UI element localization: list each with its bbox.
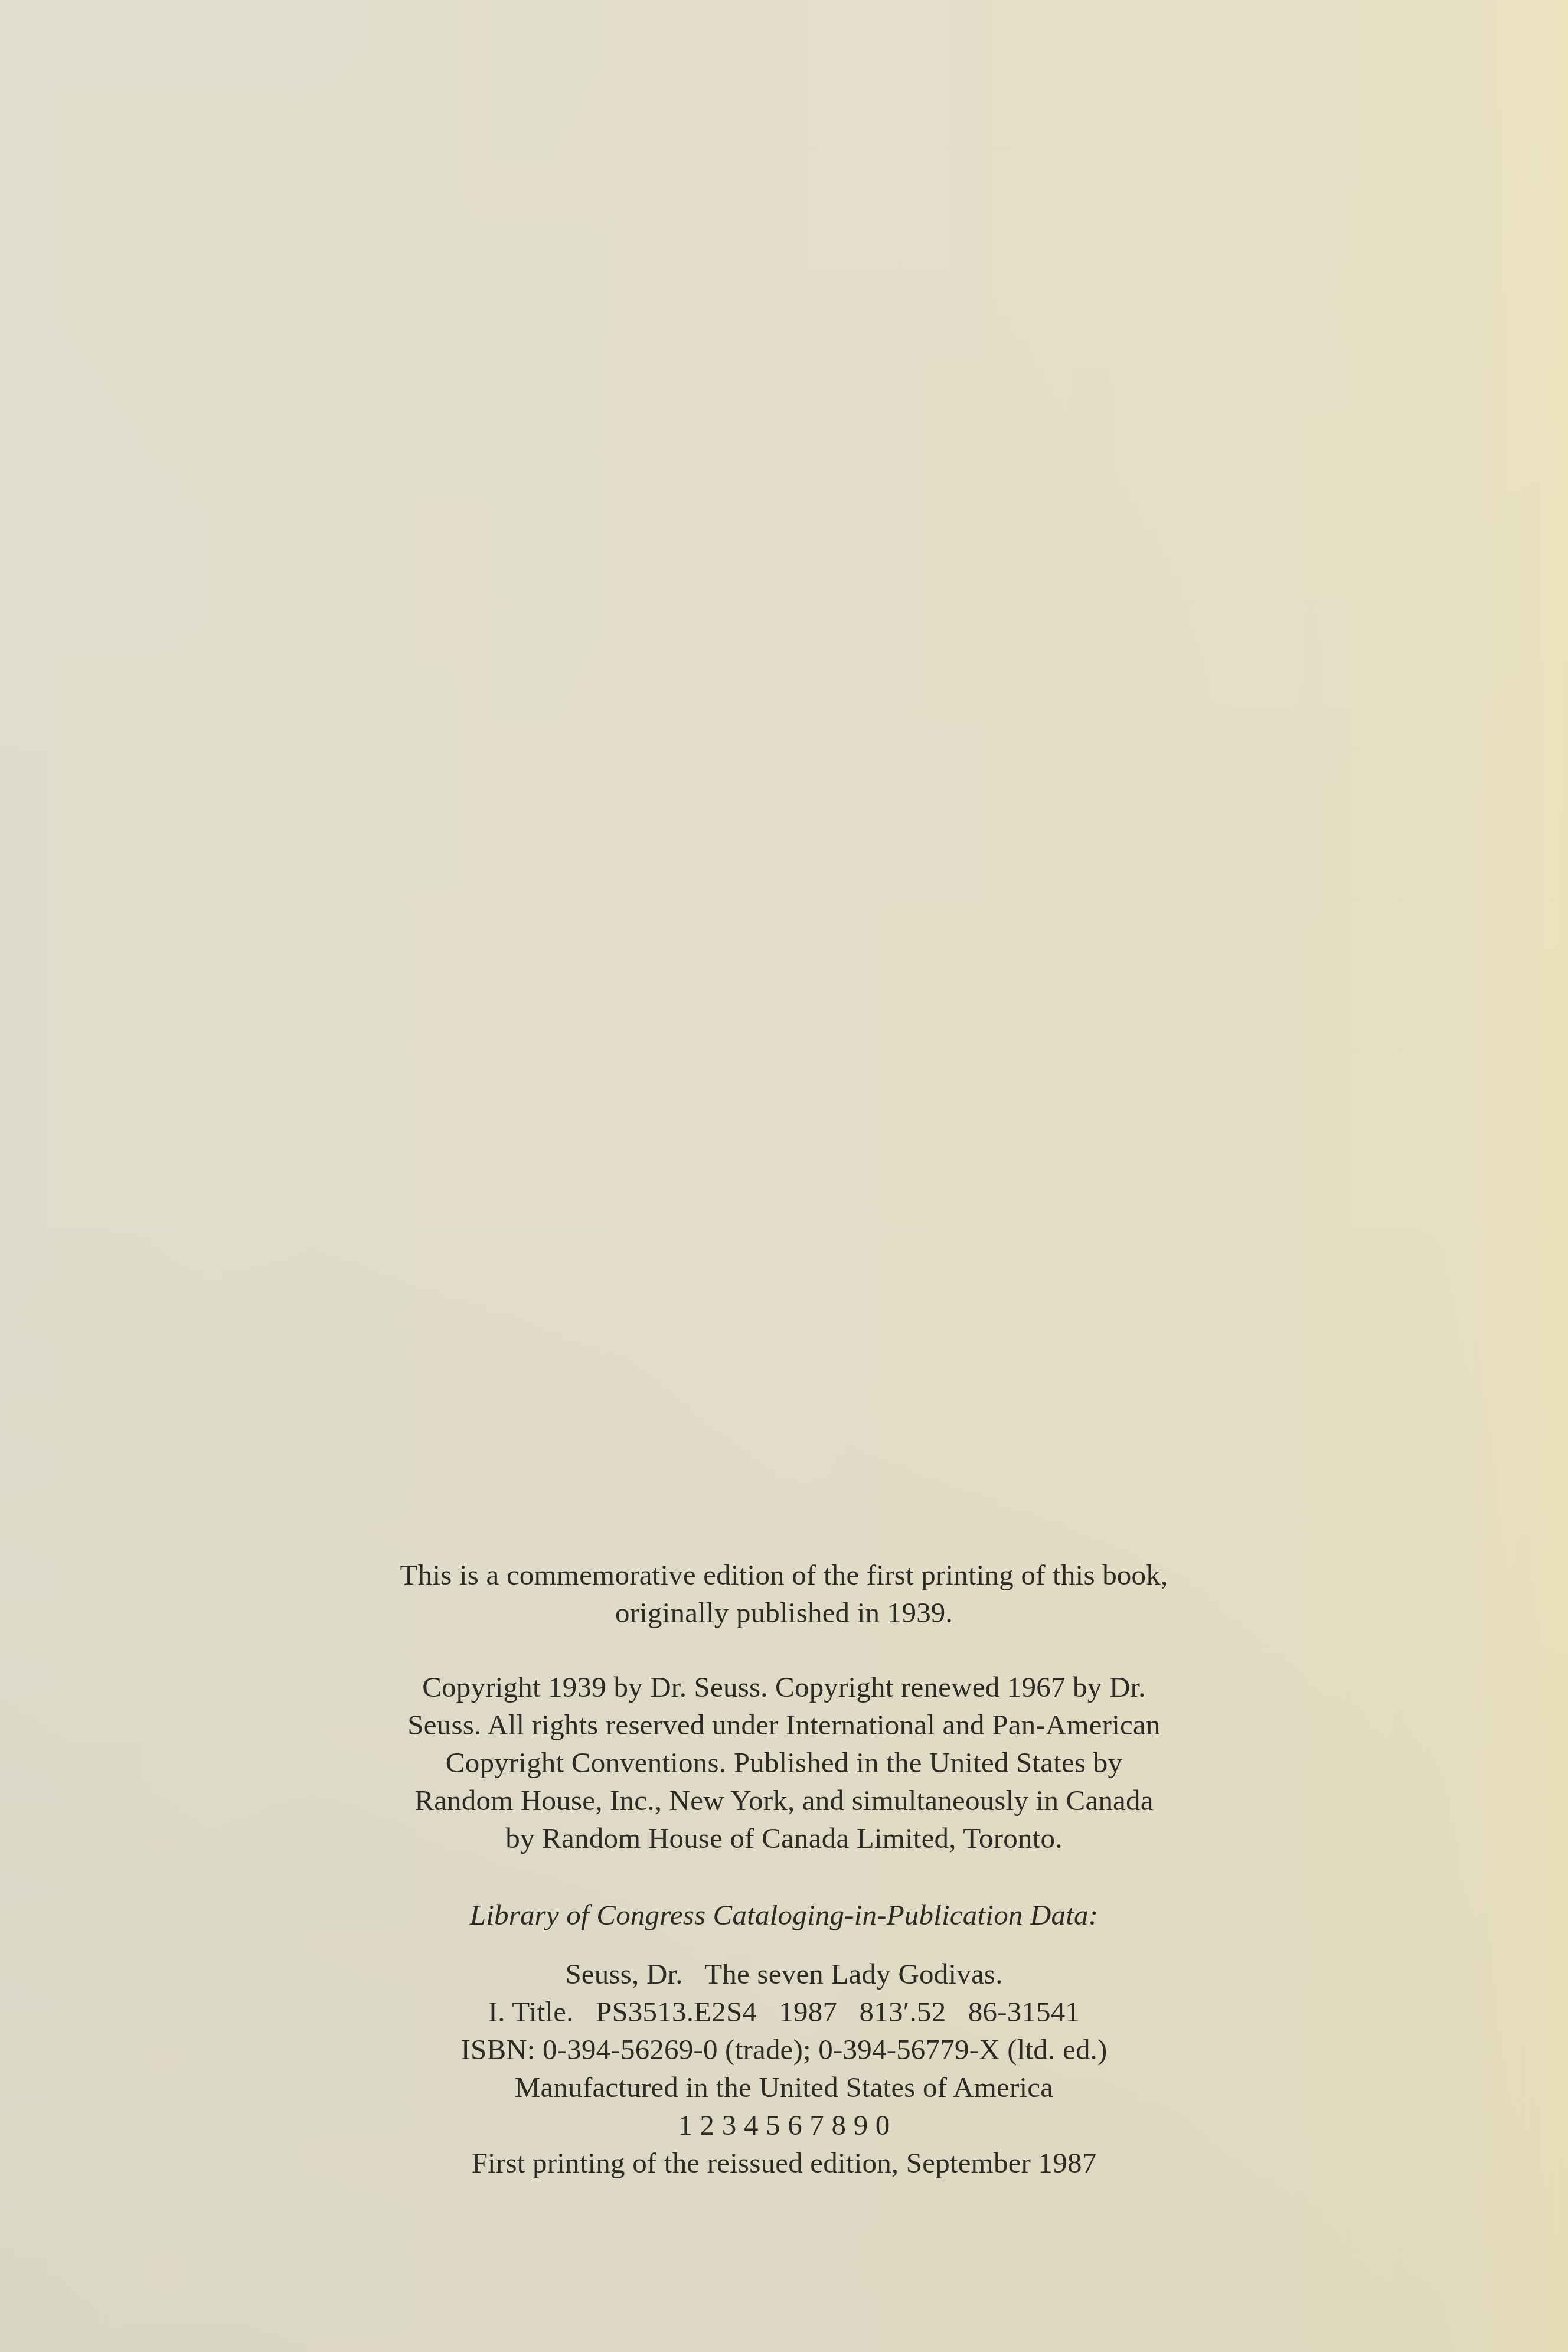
copyright-line: Seuss. All rights reserved under Interna… [329, 1706, 1239, 1744]
commemorative-edition-note: This is a commemorative edition of the f… [329, 1556, 1239, 1632]
cip-classification: I. Title. PS3513.E2S4 1987 813′.52 86-31… [0, 1993, 1568, 2031]
copyright-page-colophon: This is a commemorative edition of the f… [0, 1556, 1568, 2182]
intro-line: This is a commemorative edition of the f… [329, 1556, 1239, 1594]
cip-author-title: Seuss, Dr. The seven Lady Godivas. [0, 1955, 1568, 1993]
printing-edition-line: First printing of the reissued edition, … [0, 2144, 1568, 2182]
copyright-line: by Random House of Canada Limited, Toron… [329, 1819, 1239, 1857]
cip-data: Seuss, Dr. The seven Lady Godivas. I. Ti… [0, 1955, 1568, 2182]
printer-key-line: 1 2 3 4 5 6 7 8 9 0 [0, 2106, 1568, 2144]
manufactured-line: Manufactured in the United States of Ame… [0, 2069, 1568, 2106]
copyright-line: Copyright Conventions. Published in the … [329, 1744, 1239, 1782]
intro-line: originally published in 1939. [329, 1594, 1239, 1632]
copyright-line: Random House, Inc., New York, and simult… [329, 1782, 1239, 1819]
copyright-notice: Copyright 1939 by Dr. Seuss. Copyright r… [329, 1668, 1239, 1857]
cip-heading: Library of Congress Cataloging-in-Public… [0, 1896, 1568, 1934]
isbn-line: ISBN: 0-394-56269-0 (trade); 0-394-56779… [0, 2031, 1568, 2069]
copyright-line: Copyright 1939 by Dr. Seuss. Copyright r… [329, 1668, 1239, 1706]
